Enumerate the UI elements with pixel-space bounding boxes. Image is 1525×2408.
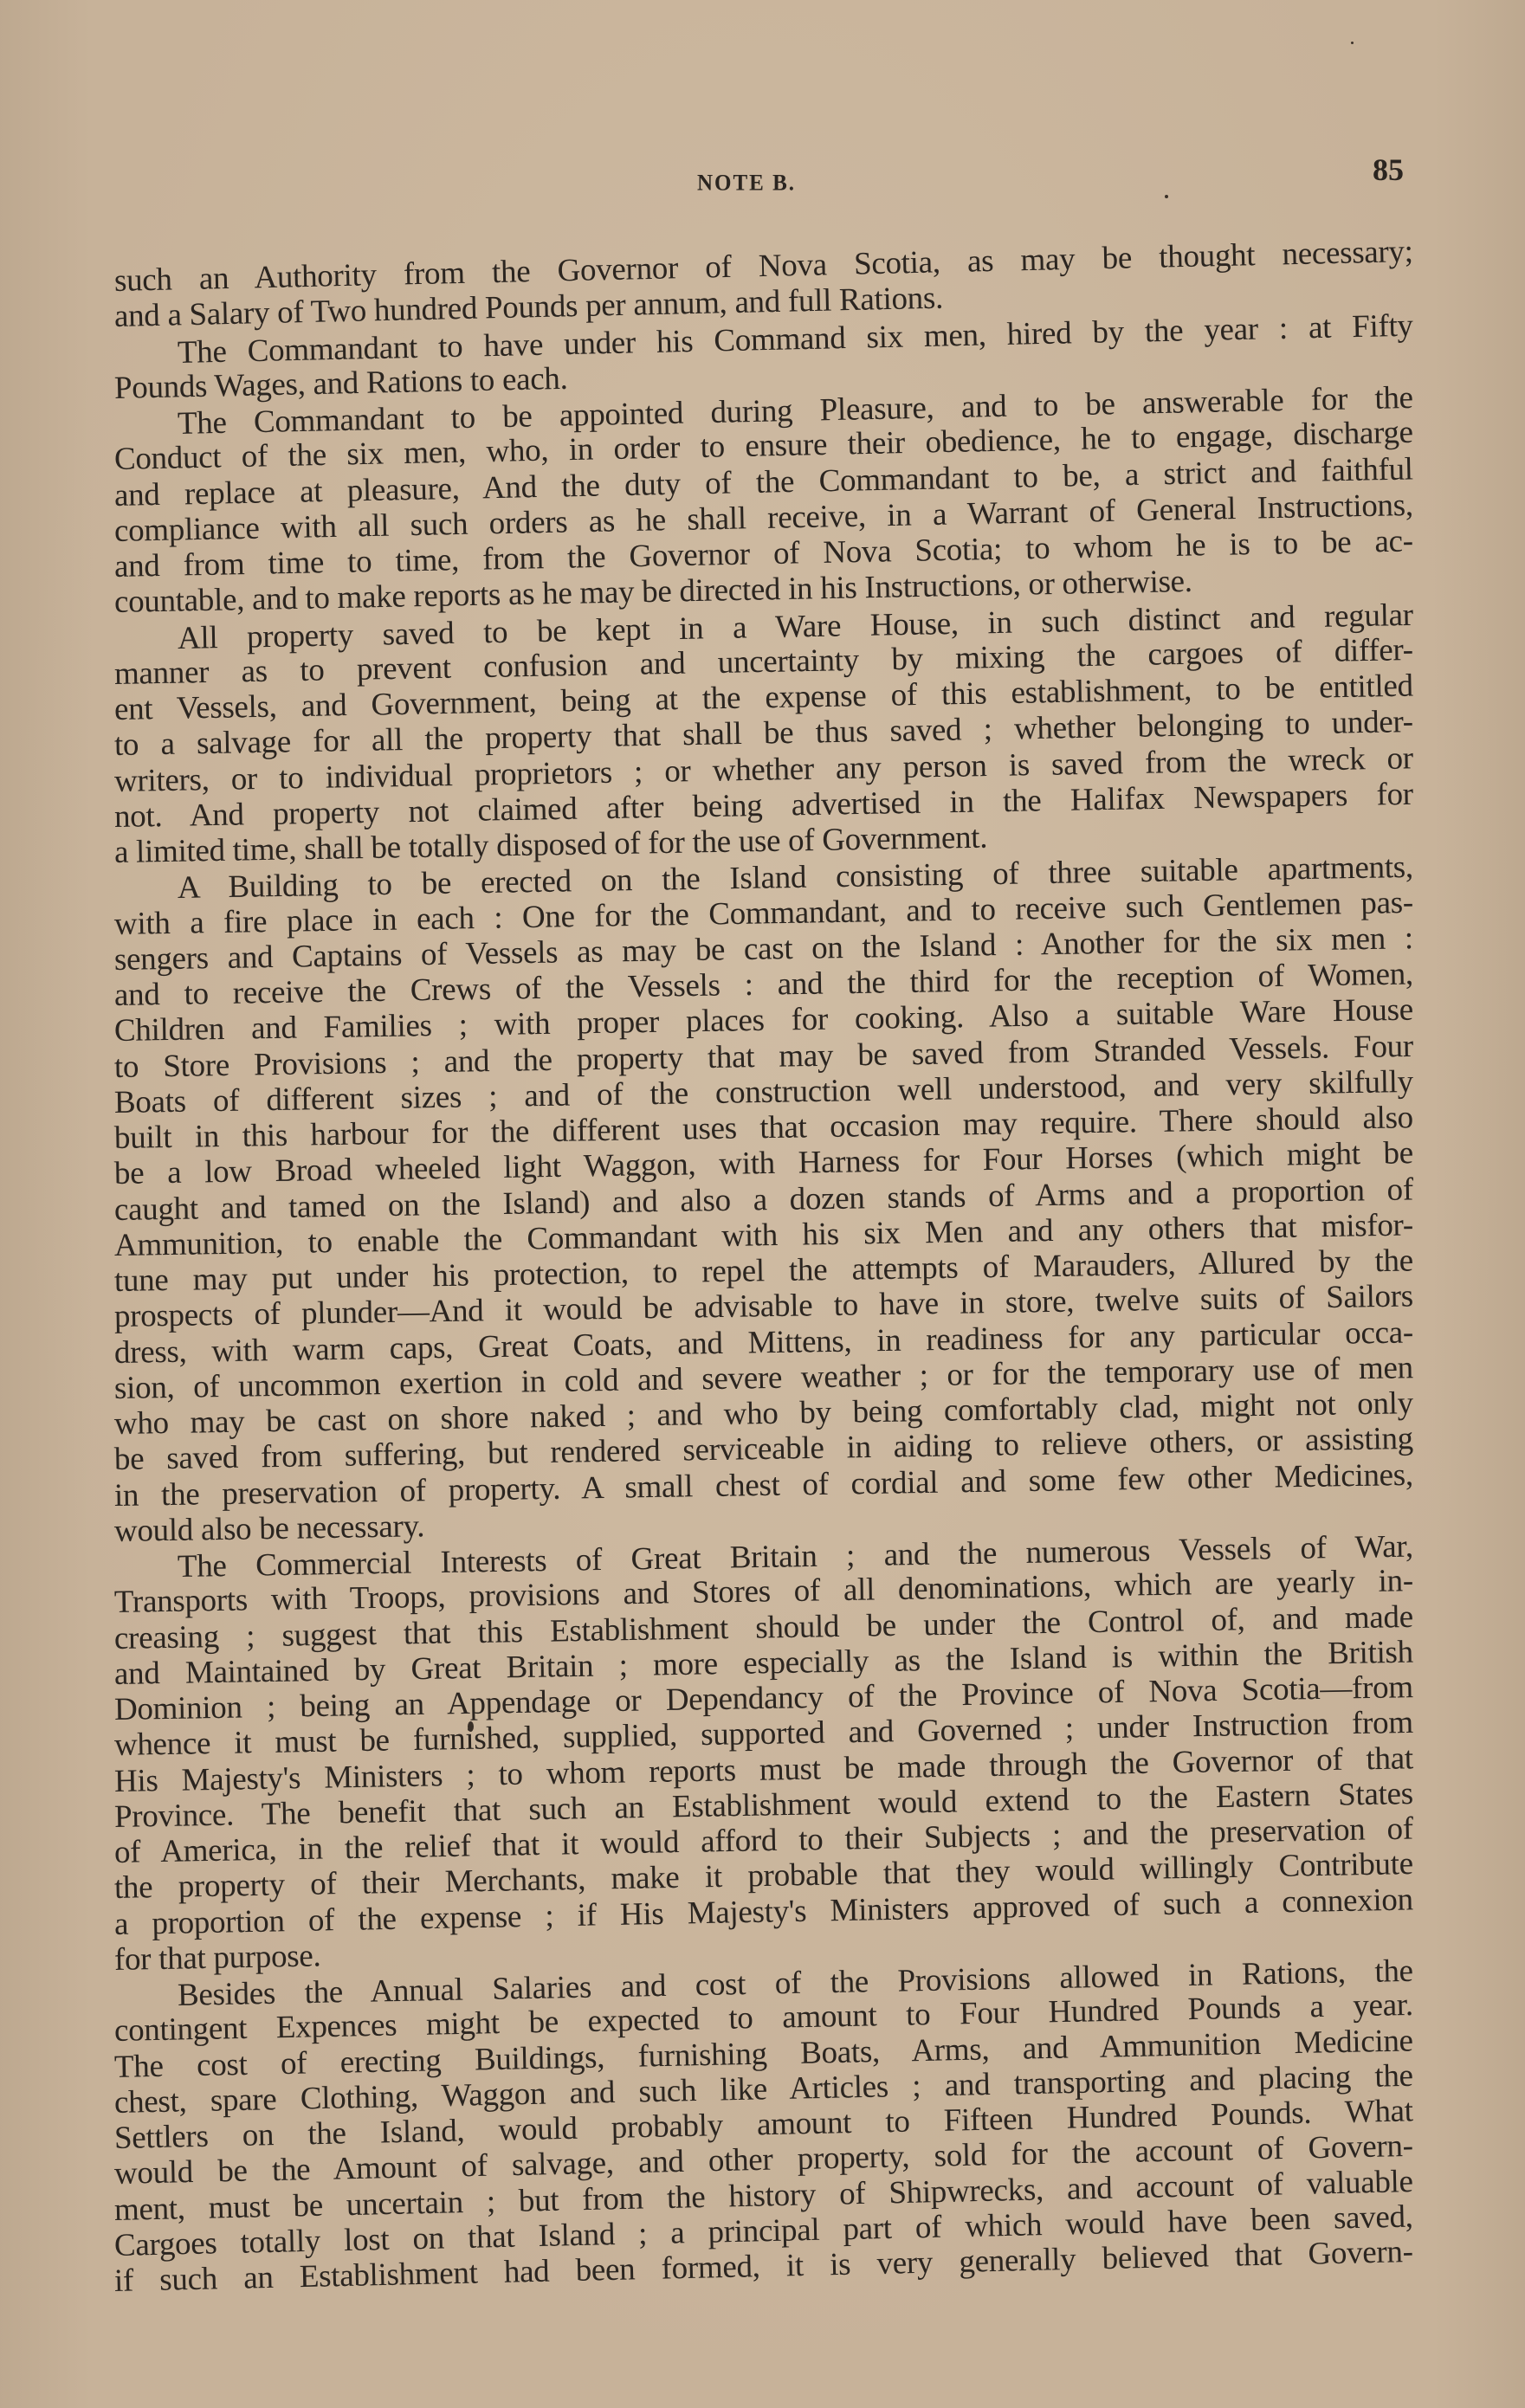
ink-blot <box>468 1721 474 1732</box>
book-page: NOTE B. 85 such an Authority from the Go… <box>0 0 1525 2408</box>
paper-speck <box>1351 42 1354 44</box>
paper-speck <box>1165 195 1168 198</box>
body-text: such an Authority from the Governor of N… <box>0 0 1525 2408</box>
